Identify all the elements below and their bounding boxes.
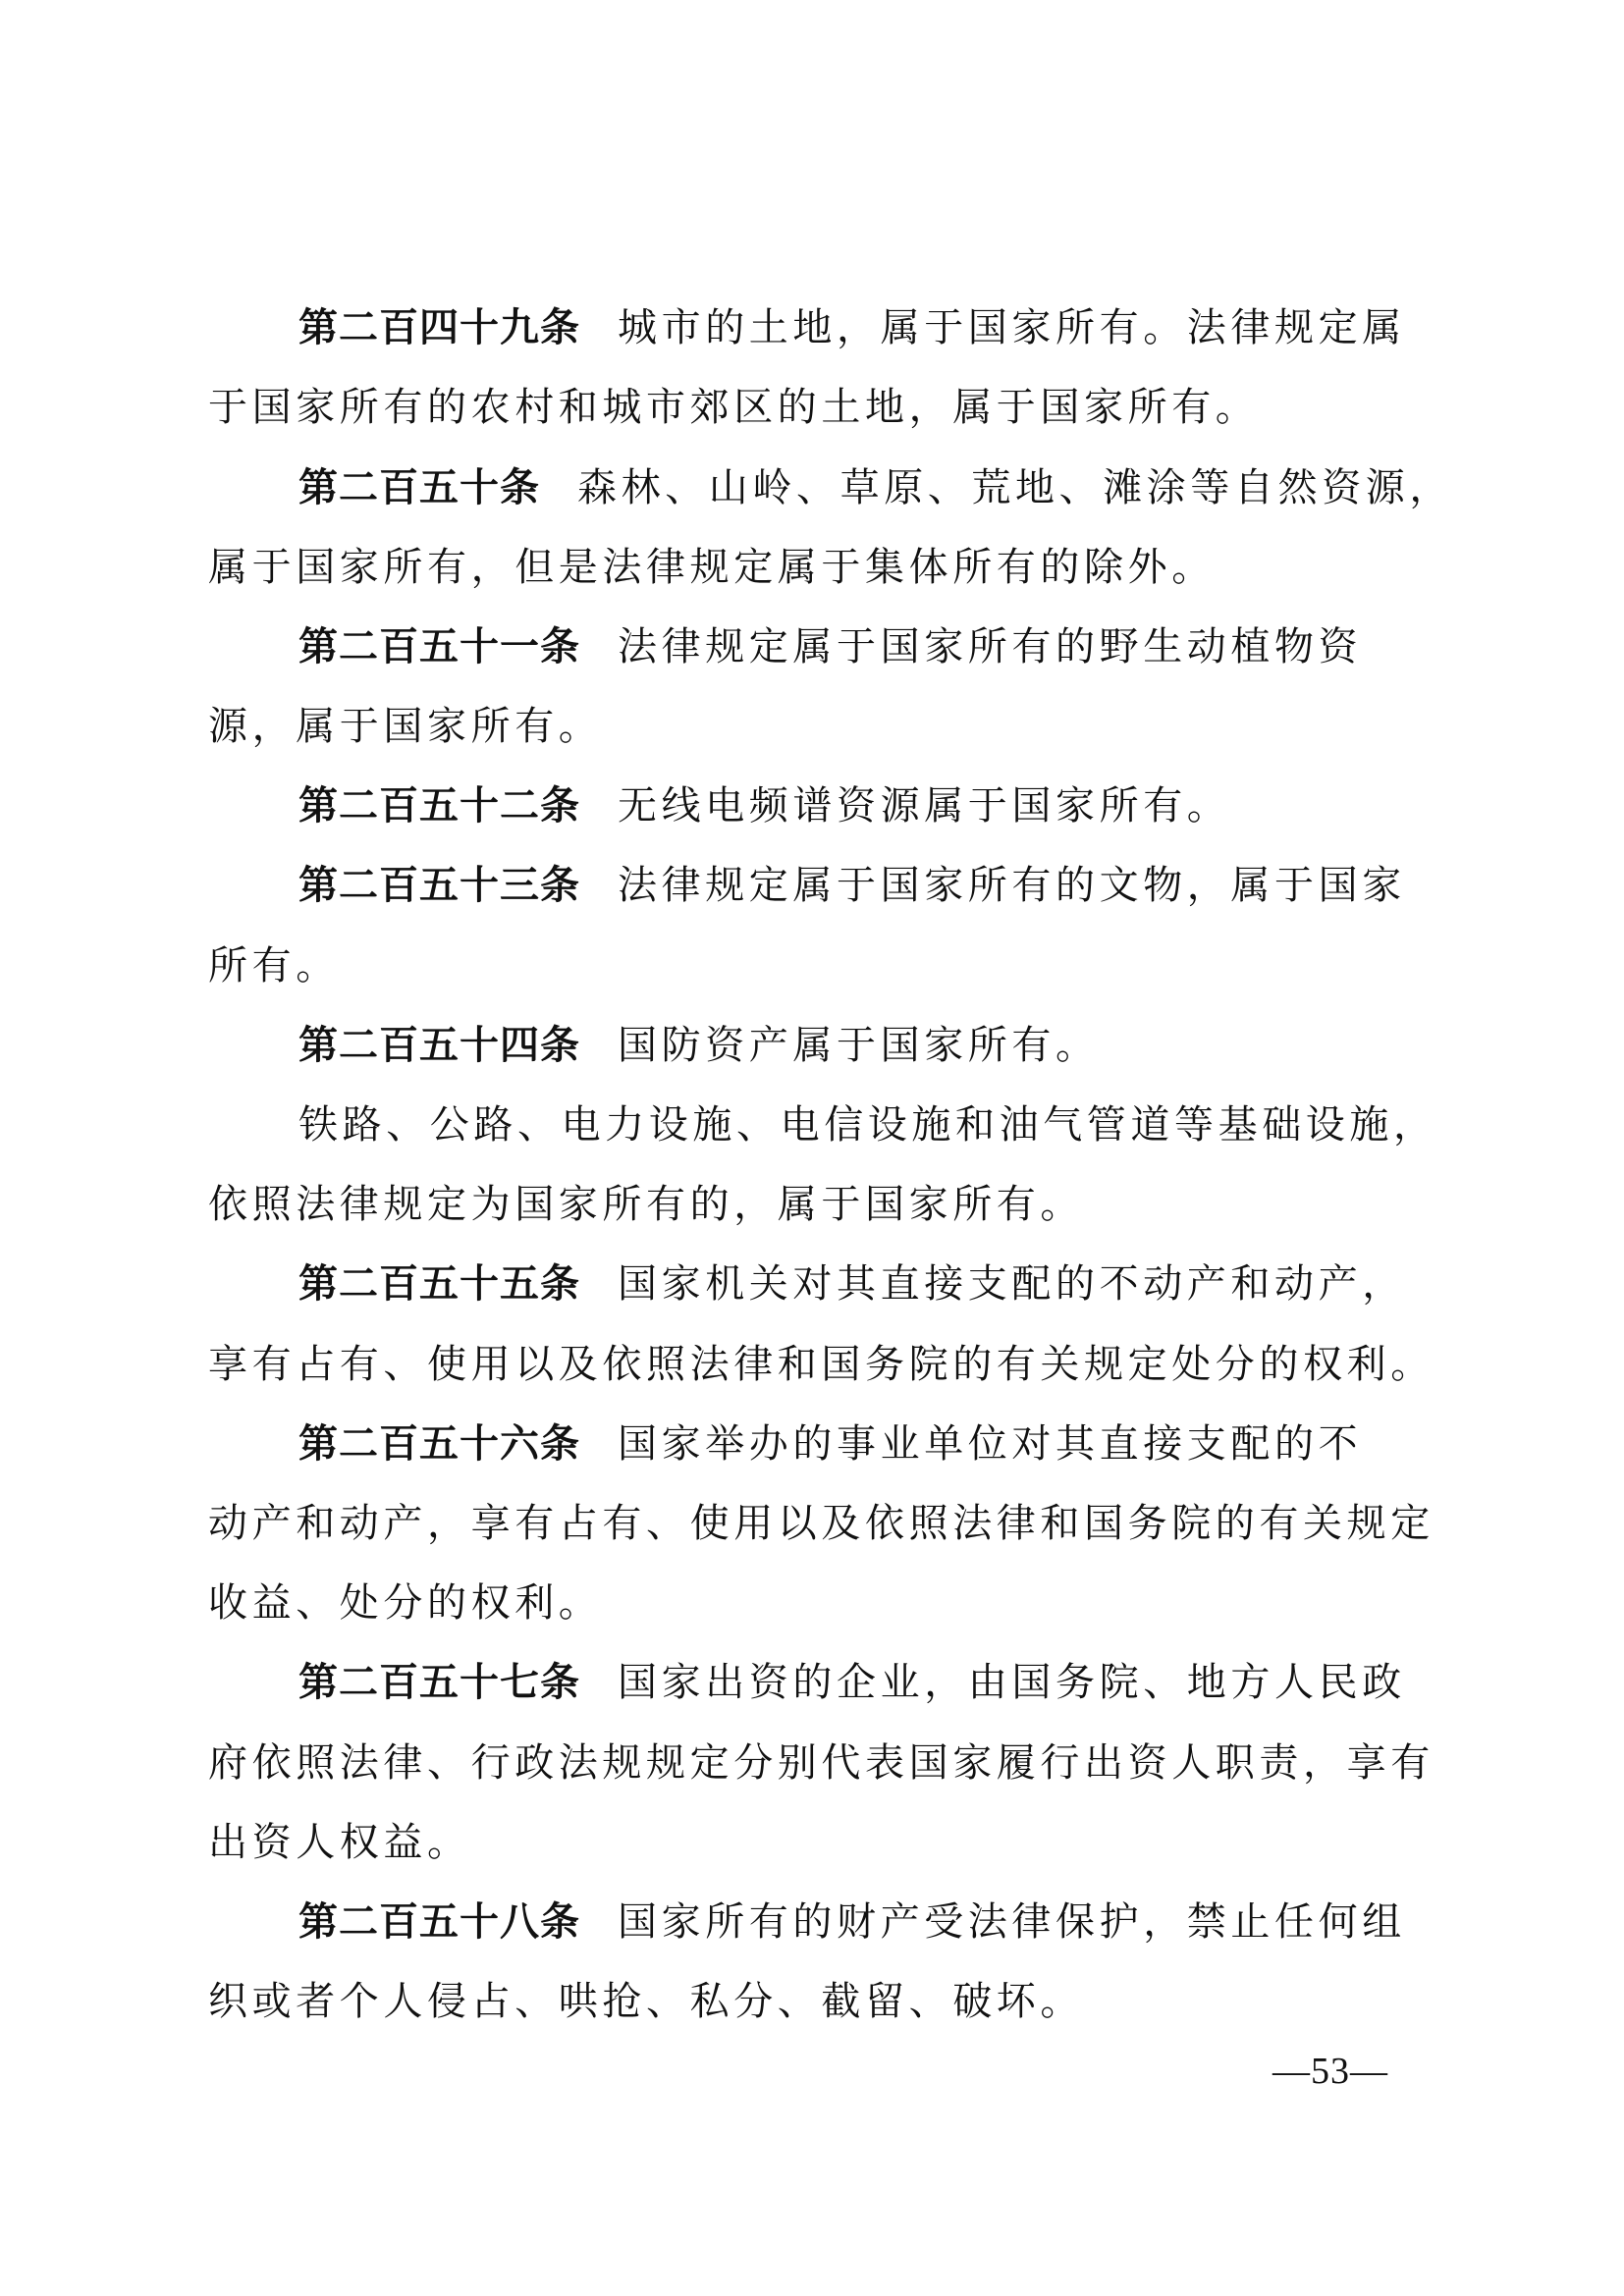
article-text: 国家出资的企业，由国务院、地方人民政 bbox=[618, 1660, 1406, 1705]
article-number: 第二百五十三条 bbox=[298, 863, 580, 908]
article-text: 法律规定属于国家所有的文物，属于国家 bbox=[618, 863, 1406, 908]
text-line: 源，属于国家所有。 bbox=[208, 697, 1445, 756]
article-text: 源，属于国家所有。 bbox=[208, 704, 602, 749]
article-number: 第二百五十六条 bbox=[298, 1421, 580, 1467]
article-text: 出资人权益。 bbox=[208, 1820, 471, 1865]
article-text: 国家举办的事业单位对其直接支配的不 bbox=[618, 1421, 1362, 1467]
article-text: 城市的土地，属于国家所有。法律规定属 bbox=[618, 305, 1406, 350]
article-line: 第二百五十二条无线电频谱资源属于国家所有。 bbox=[298, 776, 1536, 835]
article-text: 依照法律规定为国家所有的，属于国家所有。 bbox=[208, 1182, 1084, 1227]
text-line: 府依照法律、行政法规规定分别代表国家履行出资人职责，享有 bbox=[208, 1734, 1445, 1792]
text-line: 于国家所有的农村和城市郊区的土地，属于国家所有。 bbox=[208, 378, 1445, 437]
page-number: —53— bbox=[1272, 2050, 1388, 2093]
text-line: 收益、处分的权利。 bbox=[208, 1574, 1445, 1632]
article-number: 第二百五十七条 bbox=[298, 1660, 580, 1705]
article-line: 第二百五十八条国家所有的财产受法律保护，禁止任何组 bbox=[298, 1893, 1536, 1951]
document-page: 第二百四十九条城市的土地，属于国家所有。法律规定属于国家所有的农村和城市郊区的土… bbox=[0, 0, 1624, 2296]
text-line: 动产和动产，享有占有、使用以及依照法律和国务院的有关规定 bbox=[208, 1494, 1445, 1553]
article-line: 第二百五十五条国家机关对其直接支配的不动产和动产， bbox=[298, 1255, 1536, 1313]
text-line: 属于国家所有，但是法律规定属于集体所有的除外。 bbox=[208, 538, 1445, 597]
article-line: 第二百五十条森林、山岭、草原、荒地、滩涂等自然资源， bbox=[298, 458, 1536, 517]
text-line: 依照法律规定为国家所有的，属于国家所有。 bbox=[208, 1175, 1445, 1234]
article-text: 织或者个人侵占、哄抢、私分、截留、破坏。 bbox=[208, 1979, 1084, 2024]
article-text: 法律规定属于国家所有的野生动植物资 bbox=[618, 624, 1362, 669]
article-text: 无线电频谱资源属于国家所有。 bbox=[618, 783, 1230, 828]
article-text: 国家机关对其直接支配的不动产和动产， bbox=[618, 1261, 1406, 1307]
article-text: 森林、山岭、草原、荒地、滩涂等自然资源， bbox=[577, 465, 1453, 510]
article-text: 属于国家所有，但是法律规定属于集体所有的除外。 bbox=[208, 545, 1216, 590]
article-text: 所有。 bbox=[208, 943, 340, 988]
article-number: 第二百四十九条 bbox=[298, 305, 580, 350]
article-text: 于国家所有的农村和城市郊区的土地，属于国家所有。 bbox=[208, 385, 1259, 430]
article-text: 府依照法律、行政法规规定分别代表国家履行出资人职责，享有 bbox=[208, 1740, 1435, 1786]
article-number: 第二百五十二条 bbox=[298, 783, 580, 828]
article-line: 第二百五十三条法律规定属于国家所有的文物，属于国家 bbox=[298, 856, 1536, 915]
text-line: 铁路、公路、电力设施、电信设施和油气管道等基础设施， bbox=[298, 1095, 1536, 1154]
article-text: 享有占有、使用以及依照法律和国务院的有关规定处分的权利。 bbox=[208, 1342, 1435, 1387]
article-text: 铁路、公路、电力设施、电信设施和油气管道等基础设施， bbox=[298, 1102, 1437, 1148]
article-text: 国防资产属于国家所有。 bbox=[618, 1023, 1100, 1068]
article-line: 第二百五十一条法律规定属于国家所有的野生动植物资 bbox=[298, 617, 1536, 676]
article-text: 国家所有的财产受法律保护，禁止任何组 bbox=[618, 1899, 1406, 1945]
article-number: 第二百五十一条 bbox=[298, 624, 580, 669]
article-number: 第二百五十八条 bbox=[298, 1899, 580, 1945]
article-number: 第二百五十条 bbox=[298, 465, 540, 510]
article-line: 第二百四十九条城市的土地，属于国家所有。法律规定属 bbox=[298, 298, 1536, 357]
article-line: 第二百五十七条国家出资的企业，由国务院、地方人民政 bbox=[298, 1653, 1536, 1712]
text-line: 出资人权益。 bbox=[208, 1813, 1445, 1872]
text-line: 享有占有、使用以及依照法律和国务院的有关规定处分的权利。 bbox=[208, 1335, 1445, 1394]
article-number: 第二百五十五条 bbox=[298, 1261, 580, 1307]
text-line: 所有。 bbox=[208, 936, 1445, 995]
article-text: 收益、处分的权利。 bbox=[208, 1580, 602, 1626]
article-line: 第二百五十四条国防资产属于国家所有。 bbox=[298, 1016, 1536, 1075]
article-line: 第二百五十六条国家举办的事业单位对其直接支配的不 bbox=[298, 1415, 1536, 1473]
text-line: 织或者个人侵占、哄抢、私分、截留、破坏。 bbox=[208, 1972, 1445, 2031]
article-text: 动产和动产，享有占有、使用以及依照法律和国务院的有关规定 bbox=[208, 1501, 1435, 1546]
article-number: 第二百五十四条 bbox=[298, 1023, 580, 1068]
